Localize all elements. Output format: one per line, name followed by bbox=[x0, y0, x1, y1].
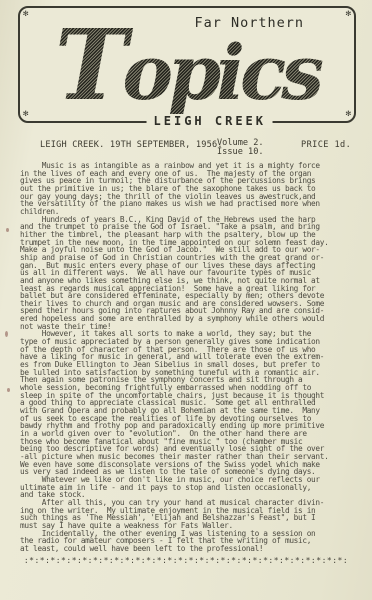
place-dateline: LEIGH CREEK. 19TH SEPTEMBER, 1956. bbox=[40, 140, 223, 150]
masthead-box: ✻ ✻ ✻ ✻ Far Northern Topics LEIGH CREEK bbox=[18, 6, 356, 123]
paragraph: However, it takes all sorts to make a wo… bbox=[20, 330, 364, 475]
footer-divider: :*:*:*:*:*:*:*:*:*:*:*:*:*:*:*:*:*:*:*:*… bbox=[0, 556, 372, 565]
price-label: PRICE 1d. bbox=[301, 140, 351, 150]
paragraph: Incidentally, the other evening I was li… bbox=[20, 530, 364, 553]
paragraph: After all this, you can try your hand at… bbox=[20, 499, 364, 530]
masthead-subtitle: LEIGH CREEK bbox=[147, 114, 273, 128]
issue-label: Issue 10. bbox=[217, 147, 264, 157]
paper-speck bbox=[7, 388, 10, 392]
paper-speck bbox=[5, 331, 8, 337]
masthead-title: Topics bbox=[20, 6, 354, 119]
article-body: Music is as intangible as a rainbow and … bbox=[20, 162, 364, 552]
paragraph: Hundreds of years B.C., King David of th… bbox=[20, 216, 364, 331]
paragraph: Whatever we like or don't like in music,… bbox=[20, 476, 364, 499]
paper-speck bbox=[6, 228, 9, 232]
dateline-row: LEIGH CREEK. 19TH SEPTEMBER, 1956. Volum… bbox=[0, 139, 372, 159]
volume-issue-block: Volume 2.Issue 10. bbox=[217, 139, 264, 157]
paragraph: Music is as intangible as a rainbow and … bbox=[20, 162, 364, 216]
newsletter-page: ✻ ✻ ✻ ✻ Far Northern Topics LEIGH CREEK … bbox=[0, 0, 372, 600]
